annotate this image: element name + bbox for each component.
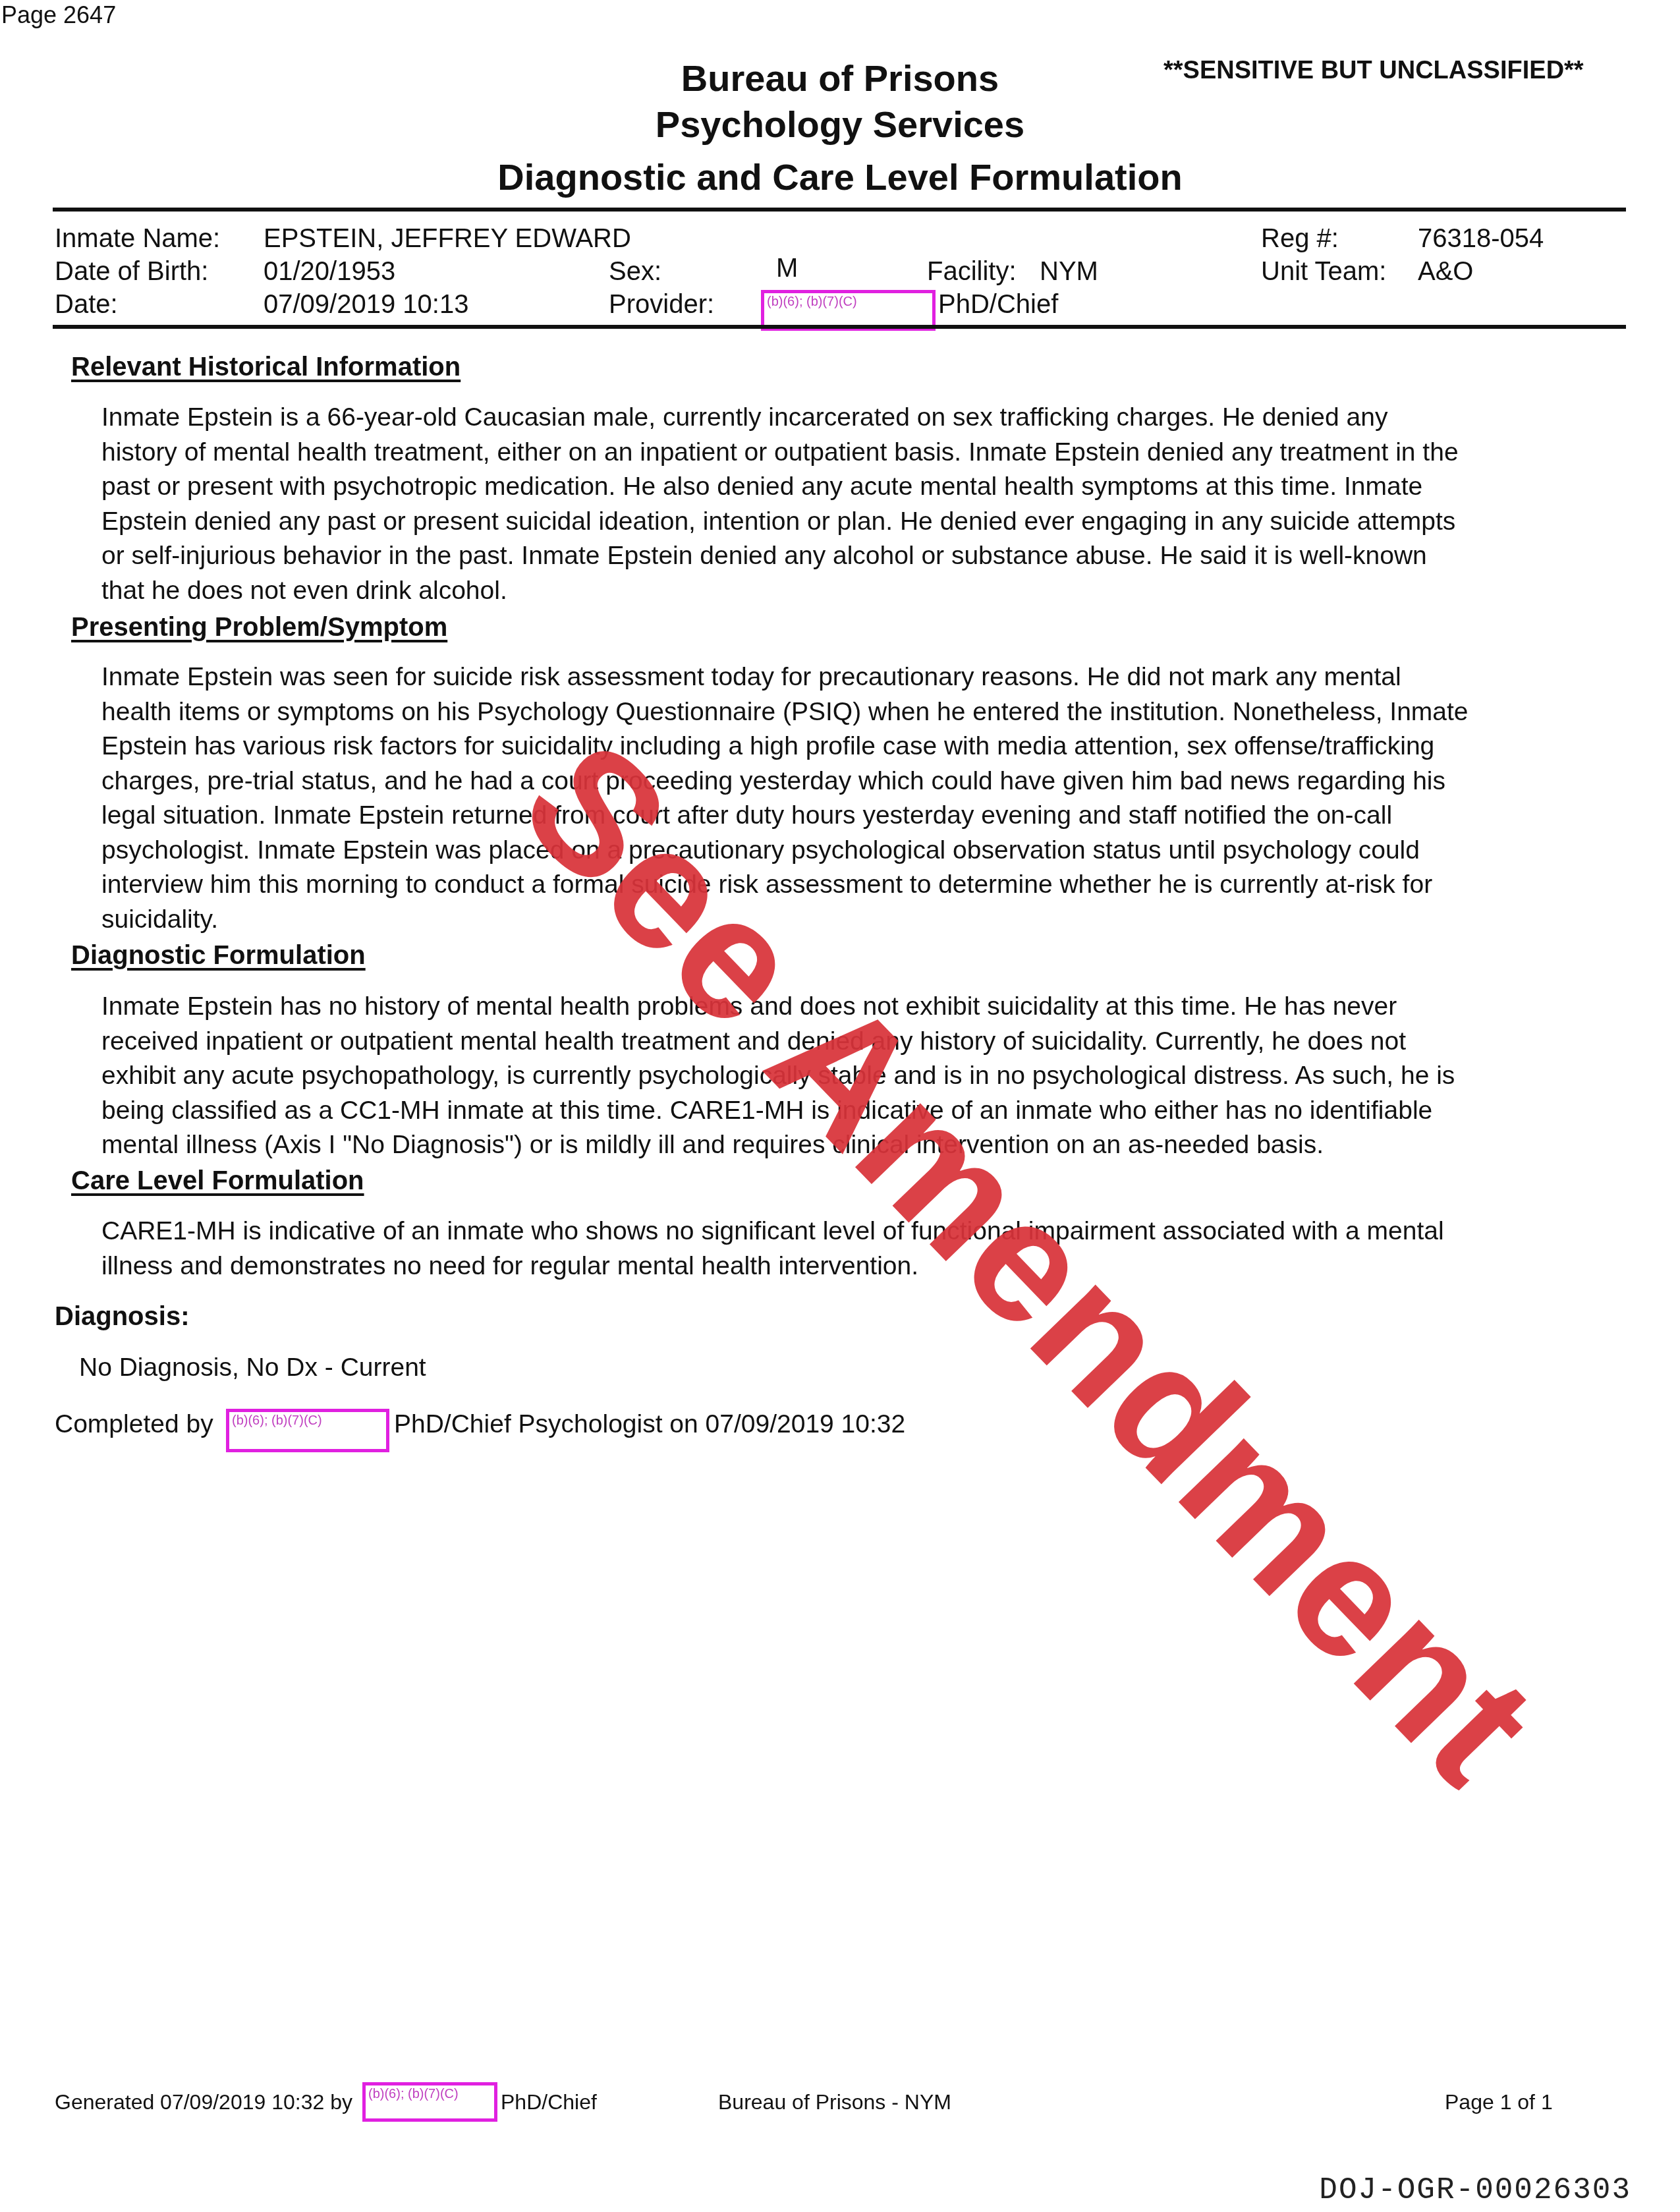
section-body-historical: Inmate Epstein is a 66-year-old Caucasia… (101, 401, 1577, 608)
inmate-name-value: EPSTEIN, JEFFREY EDWARD (264, 224, 631, 254)
text-line: psychologist. Inmate Epstein was placed … (101, 834, 1577, 868)
dob-value: 01/20/1953 (264, 257, 395, 287)
section-body-diagnostic-formulation: Inmate Epstein has no history of mental … (101, 990, 1577, 1163)
text-line: received inpatient or outpatient mental … (101, 1025, 1577, 1060)
text-line: Epstein denied any past or present suici… (101, 505, 1577, 540)
section-heading-presenting-problem: Presenting Problem/Symptom (71, 613, 447, 642)
date-value: 07/09/2019 10:13 (264, 290, 468, 320)
completed-by-suffix: PhD/Chief Psychologist on 07/09/2019 10:… (394, 1410, 905, 1439)
text-line: charges, pre-trial status, and he had a … (101, 764, 1577, 799)
text-line: mental illness (Axis I "No Diagnosis") o… (101, 1128, 1577, 1163)
text-line: interview him this morning to conduct a … (101, 868, 1577, 903)
facility-label: Facility: (927, 257, 1017, 287)
completed-by-redaction-code: (b)(6); (b)(7)(C) (232, 1413, 322, 1429)
completed-by-prefix: Completed by (55, 1410, 213, 1439)
section-heading-historical: Relevant Historical Information (71, 353, 461, 382)
footer-page-number: Page 1 of 1 (1445, 2090, 1553, 2114)
section-body-care-level: CARE1-MH is indicative of an inmate who … (101, 1214, 1577, 1284)
classification-banner: **SENSITIVE BUT UNCLASSIFIED** (1163, 57, 1584, 85)
section-heading-care-level: Care Level Formulation (71, 1166, 364, 1196)
unit-team-label: Unit Team: (1261, 257, 1386, 287)
text-line: Inmate Epstein is a 66-year-old Caucasia… (101, 401, 1577, 436)
inmate-name-label: Inmate Name: (55, 224, 220, 254)
sex-value: M (776, 254, 798, 283)
provider-redaction-code: (b)(6); (b)(7)(C) (767, 295, 857, 310)
diagnosis-label: Diagnosis: (55, 1302, 189, 1332)
text-line: illness and demonstrates no need for reg… (101, 1249, 1577, 1284)
footer-generated-prefix: Generated 07/09/2019 10:32 by (55, 2090, 352, 2114)
footer-redaction-box: (b)(6); (b)(7)(C) (362, 2082, 497, 2122)
title-form-name: Diagnostic and Care Level Formulation (0, 156, 1680, 198)
diagnosis-value: No Diagnosis, No Dx - Current (79, 1353, 426, 1382)
provider-title: PhD/Chief (938, 290, 1058, 320)
text-line: being classified as a CC1-MH inmate at t… (101, 1094, 1577, 1129)
text-line: legal situation. Inmate Epstein returned… (101, 799, 1577, 834)
dob-label: Date of Birth: (55, 257, 208, 287)
completed-by-redaction-box: (b)(6); (b)(7)(C) (226, 1409, 389, 1452)
header-divider-top (53, 208, 1626, 212)
title-department: Psychology Services (0, 103, 1680, 146)
text-line: or self-injurious behavior in the past. … (101, 539, 1577, 574)
reg-number-label: Reg #: (1261, 224, 1339, 254)
text-line: CARE1-MH is indicative of an inmate who … (101, 1214, 1577, 1249)
section-body-presenting-problem: Inmate Epstein was seen for suicide risk… (101, 660, 1577, 937)
text-line: Epstein has various risk factors for sui… (101, 729, 1577, 764)
text-line: history of mental health treatment, eith… (101, 436, 1577, 470)
section-heading-diagnostic-formulation: Diagnostic Formulation (71, 941, 366, 971)
header-divider-bottom (53, 325, 1626, 329)
sex-label: Sex: (609, 257, 661, 287)
text-line: Inmate Epstein was seen for suicide risk… (101, 660, 1577, 695)
bates-number: DOJ-OGR-00026303 (1319, 2173, 1631, 2207)
page-label: Page 2647 (1, 1, 116, 29)
text-line: Inmate Epstein has no history of mental … (101, 990, 1577, 1025)
text-line: exhibit any acute psychopathology, is cu… (101, 1059, 1577, 1094)
text-line: that he does not even drink alcohol. (101, 574, 1577, 609)
unit-team-value: A&O (1418, 257, 1473, 287)
text-line: past or present with psychotropic medica… (101, 470, 1577, 505)
reg-number-value: 76318-054 (1418, 224, 1544, 254)
text-line: suicidality. (101, 903, 1577, 938)
facility-value: NYM (1040, 257, 1098, 287)
footer-facility: Bureau of Prisons - NYM (718, 2090, 951, 2114)
provider-label: Provider: (609, 290, 714, 320)
footer-redaction-code: (b)(6); (b)(7)(C) (368, 2087, 459, 2102)
footer-generated-suffix: PhD/Chief (501, 2090, 597, 2114)
date-label: Date: (55, 290, 118, 320)
text-line: health items or symptoms on his Psycholo… (101, 695, 1577, 730)
